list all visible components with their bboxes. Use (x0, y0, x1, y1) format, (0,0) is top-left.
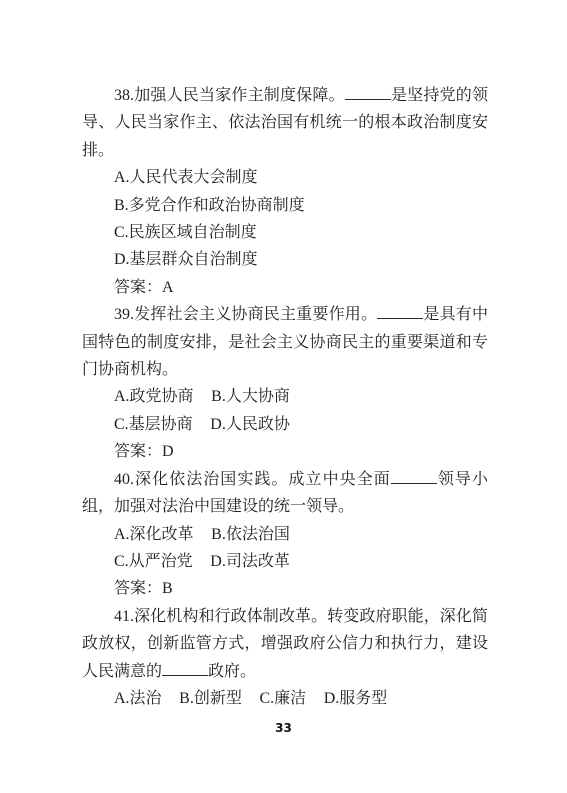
question-38-option-b: B.多党合作和政治协商制度 (82, 192, 488, 219)
stem-text-pre: 41.深化机构和行政体制改革。转变政府职能，深化简政放权，创新监管方式，增强政府… (82, 608, 488, 680)
option-text: D.司法改革 (210, 553, 290, 570)
question-39-answer: 答案：D (82, 438, 488, 465)
option-text: B.人大协商 (211, 388, 290, 405)
option-text: D.人民政协 (210, 416, 290, 433)
option-text: A.政党协商 (114, 388, 194, 405)
blank-line (162, 659, 208, 675)
question-38-option-d: D.基层群众自治制度 (82, 246, 488, 273)
answer-label: 答案： (114, 580, 162, 597)
stem-text-post: 政府。 (208, 663, 256, 680)
question-38-answer: 答案：A (82, 274, 488, 301)
answer-value: D (162, 443, 174, 460)
option-text: A.法治 (114, 690, 162, 707)
question-41-stem: 41.深化机构和行政体制改革。转变政府职能，深化简政放权，创新监管方式，增强政府… (82, 603, 488, 685)
question-39-stem: 39.发挥社会主义协商民主重要作用。是具有中国特色的制度安排，是社会主义协商民主… (82, 301, 488, 383)
question-39-options-ab: A.政党协商B.人大协商 (82, 383, 488, 410)
answer-value: A (162, 279, 174, 296)
stem-text-pre: 40.深化依法治国实践。成立中央全面 (114, 471, 391, 488)
option-text: B.创新型 (179, 690, 242, 707)
question-41-options-abcd: A.法治B.创新型C.廉洁D.服务型 (82, 685, 488, 712)
blank-line (377, 303, 423, 319)
option-text: A.人民代表大会制度 (114, 169, 258, 186)
question-40-answer: 答案：B (82, 575, 488, 602)
question-40-options-ab: A.深化改革B.依法治国 (82, 521, 488, 548)
answer-label: 答案： (114, 443, 162, 460)
stem-text-pre: 39.发挥社会主义协商民主重要作用。 (114, 306, 377, 323)
option-text: D.服务型 (324, 690, 388, 707)
option-text: C.廉洁 (259, 690, 306, 707)
answer-value: B (162, 580, 173, 597)
option-text: B.多党合作和政治协商制度 (114, 197, 305, 214)
question-38-option-a: A.人民代表大会制度 (82, 164, 488, 191)
document-page: 38.加强人民当家作主制度保障。是坚持党的领导、人民当家作主、依法治国有机统一的… (82, 82, 488, 712)
option-text: C.基层协商 (114, 416, 193, 433)
option-text: D.基层群众自治制度 (114, 251, 258, 268)
question-38-stem: 38.加强人民当家作主制度保障。是坚持党的领导、人民当家作主、依法治国有机统一的… (82, 82, 488, 164)
option-text: C.从严治党 (114, 553, 193, 570)
stem-text-pre: 38.加强人民当家作主制度保障。 (114, 87, 345, 104)
answer-label: 答案： (114, 279, 162, 296)
question-40-stem: 40.深化依法治国实践。成立中央全面领导小组，加强对法治中国建设的统一领导。 (82, 466, 488, 521)
blank-line (345, 84, 391, 100)
blank-line (391, 468, 437, 484)
option-text: C.民族区域自治制度 (114, 224, 257, 241)
question-39-options-cd: C.基层协商D.人民政协 (82, 411, 488, 438)
question-38-option-c: C.民族区域自治制度 (82, 219, 488, 246)
question-40-options-cd: C.从严治党D.司法改革 (82, 548, 488, 575)
option-text: B.依法治国 (211, 526, 290, 543)
option-text: A.深化改革 (114, 526, 194, 543)
page-number: 33 (0, 721, 567, 735)
